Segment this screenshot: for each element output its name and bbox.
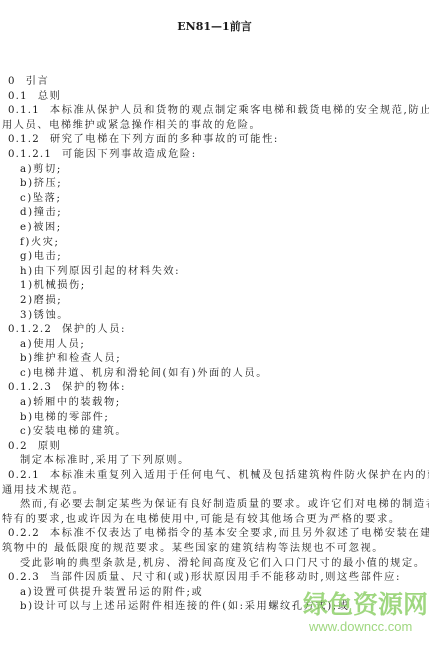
- clause-0-1-2-3: 0.1.2.3保护的物体:: [0, 381, 429, 396]
- paragraph: 制定本标准时,采用了下列原则。: [0, 454, 429, 469]
- clause-0-2-1: 0.2.1本标准未重复列入适用于任何电气、机械及包括建筑构件防火保护在内的建筑结…: [0, 469, 429, 484]
- list-item: e)被困;: [0, 221, 429, 236]
- heading-0-2: 0.2原则: [0, 440, 429, 455]
- clause-0-2-2: 0.2.2本标准不仅表达了电梯指令的基本安全要求,而且另外叙述了电梯安装在建筑物…: [0, 527, 429, 542]
- clause-0-1-1-cont: 用人员、电梯维护或紧急操作相关的事故的危险。: [0, 119, 429, 134]
- list-item: a)剪切;: [0, 163, 429, 178]
- clause-0-1-2: 0.1.2研究了电梯在下列方面的多种事故的可能性:: [0, 133, 429, 148]
- clause-0-2-3: 0.2.3当部件因质量、尺寸和(或)形状原因用手不能移动时,则这些部件应:: [0, 571, 429, 586]
- list-item: f)火灾;: [0, 236, 429, 251]
- heading-0: 0引言: [0, 75, 429, 90]
- document-body: 0引言 0.1总则 0.1.1本标准从保护人员和货物的观点制定乘客电梯和载货电梯…: [0, 75, 429, 615]
- list-item: 1)机械损伤;: [0, 279, 429, 294]
- paragraph: 受此影响的典型条款是,机房、滑轮间高度及它们入口门尺寸的最小值的规定。: [0, 557, 429, 572]
- list-item: b)维护和检查人员;: [0, 352, 429, 367]
- clause-0-1-2-2: 0.1.2.2保护的人员:: [0, 323, 429, 338]
- paragraph-cont: 特有的要求,也或许因为在电梯使用中,可能是有较其他场合更为严格的要求。: [0, 513, 429, 528]
- list-item: 3)锈蚀。: [0, 309, 429, 324]
- clause-0-2-1-cont: 通用技术规范。: [0, 484, 429, 499]
- clause-0-1-1: 0.1.1本标准从保护人员和货物的观点制定乘客电梯和载货电梯的安全规范,防止发生…: [0, 104, 429, 119]
- list-item: d)撞击;: [0, 206, 429, 221]
- watermark-name: 绿色资源网: [303, 591, 428, 619]
- list-item: h)由下列原因引起的材料失效:: [0, 265, 429, 280]
- paragraph: 然而,有必要去制定某些为保证有良好制造质量的要求。或许它们对电梯的制造者而言是: [0, 498, 429, 513]
- list-item: 2)磨损;: [0, 294, 429, 309]
- document-title: EN81—1前言: [0, 18, 429, 34]
- list-item: b)挤压;: [0, 177, 429, 192]
- list-item: a)轿厢中的装载物;: [0, 396, 429, 411]
- list-item: c)坠落;: [0, 192, 429, 207]
- list-item: b)电梯的零部件;: [0, 411, 429, 426]
- clause-0-2-2-cont: 筑物中的 最低限度的规范要求。某些国家的建筑结构等法规也不可忽视。: [0, 542, 429, 557]
- clause-0-1-2-1: 0.1.2.1可能因下列事故造成危险:: [0, 148, 429, 163]
- list-item: c)安装电梯的建筑。: [0, 425, 429, 440]
- heading-0-1: 0.1总则: [0, 90, 429, 105]
- list-item: g)电击;: [0, 250, 429, 265]
- list-item: a)使用人员;: [0, 338, 429, 353]
- watermark-url: www.downcc.com: [309, 619, 428, 635]
- watermark: 绿色资源网 www.downcc.com: [303, 591, 428, 635]
- list-item: c)电梯井道、机房和滑轮间(如有)外面的人员。: [0, 367, 429, 382]
